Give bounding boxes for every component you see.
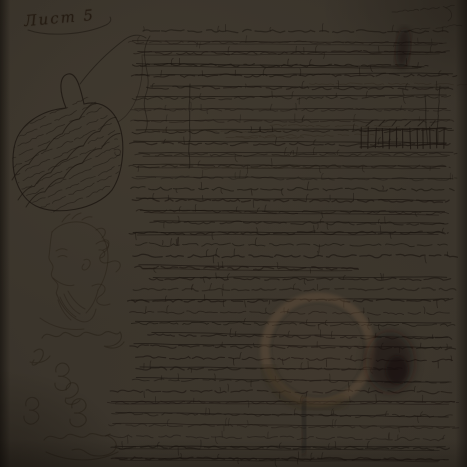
ink-blot-stain — [366, 332, 414, 392]
insertion-balloon-sketch — [0, 35, 150, 225]
manuscript-page: Лист 5 — [0, 0, 467, 467]
stains-layer — [265, 27, 467, 452]
folio-underline-flourish — [28, 17, 111, 34]
profile-portrait-sketch — [40, 213, 120, 330]
handwriting-layer — [0, 0, 467, 467]
calligraphy-flourishes — [24, 332, 124, 460]
cup-ring-stain — [265, 297, 371, 452]
corner-note-sketch — [392, 5, 462, 31]
